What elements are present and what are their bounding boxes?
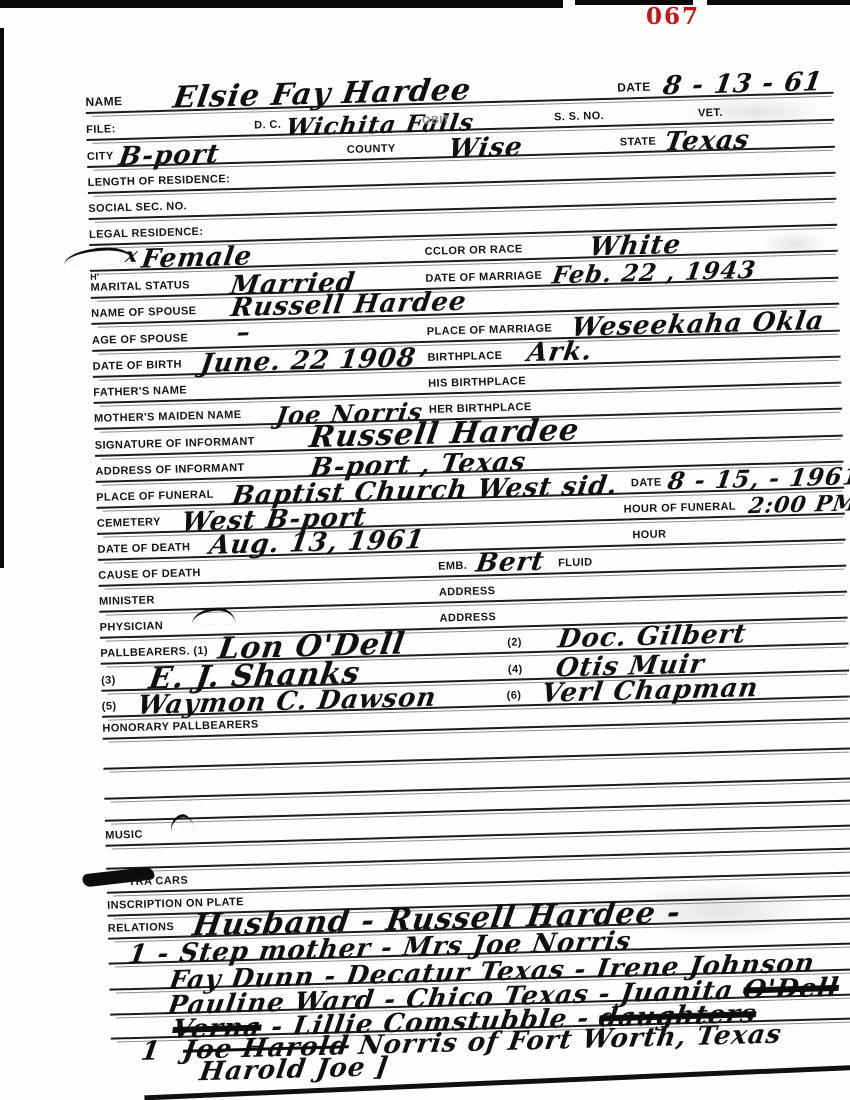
mother-label: MOTHER'S MAIDEN NAME bbox=[94, 409, 242, 425]
pallbearer-4-number: (4) bbox=[508, 663, 523, 675]
informant-sig-label: SIGNATURE OF INFORMANT bbox=[95, 436, 255, 452]
birth-label: DATE OF BIRTH bbox=[92, 358, 182, 372]
date-label: DATE bbox=[617, 80, 651, 95]
legal-residence-label: LEGAL RESIDENCE: bbox=[89, 226, 204, 241]
spouse-age-value: – bbox=[235, 320, 253, 346]
relations-label: RELATIONS bbox=[108, 921, 175, 935]
scan-edge-top-right bbox=[707, 0, 850, 5]
sex-mark: x bbox=[124, 245, 140, 265]
funeral-date-label: DATE bbox=[631, 477, 662, 490]
emb-label: EMB. bbox=[438, 560, 467, 573]
honorary-label: HONORARY PALLBEARERS bbox=[102, 719, 259, 735]
death-date-label: DATE OF DEATH bbox=[97, 541, 190, 556]
marriage-place-label: PLACE OF MARRIAGE bbox=[427, 322, 553, 337]
state-label: STATE bbox=[620, 136, 657, 149]
obit-label: OBIT bbox=[422, 114, 450, 127]
vet-label: VET. bbox=[698, 107, 723, 120]
marriage-date-label: DATE OF MARRIAGE bbox=[425, 270, 542, 285]
spouse-age-label: AGE OF SPOUSE bbox=[92, 332, 189, 347]
fluid-label: FLUID bbox=[558, 556, 593, 569]
pallbearer-3-number: (3) bbox=[101, 674, 116, 686]
hour-label: HOUR bbox=[632, 528, 666, 541]
length-residence-label: LENGTH OF RESIDENCE: bbox=[87, 173, 230, 189]
physician-address-label: ADDRESS bbox=[439, 611, 496, 625]
ink-swoosh bbox=[191, 607, 235, 625]
name-label: NAME bbox=[85, 94, 122, 109]
pallbearer-2-number: (2) bbox=[507, 636, 522, 648]
race-label: CCLOR OR RACE bbox=[424, 243, 522, 258]
his-birthplace-label: HIS BIRTHPLACE bbox=[428, 375, 526, 390]
marital-label: MARITAL STATUS bbox=[90, 279, 190, 294]
page-number-stamp: 067 bbox=[646, 3, 700, 30]
pallbearers-label: PALLBEARERS. (1) bbox=[100, 645, 208, 660]
father-label: FATHER'S NAME bbox=[93, 384, 187, 399]
ssno-label: S. S. NO. bbox=[554, 110, 604, 123]
cemetery-label: CEMETERY bbox=[97, 516, 161, 530]
birthplace-label: BIRTHPLACE bbox=[427, 350, 502, 364]
funeral-place-label: PLACE OF FUNERAL bbox=[96, 489, 214, 504]
physician-label: PHYSICIAN bbox=[100, 620, 164, 634]
informant-addr-label: ADDRESS OF INFORMANT bbox=[95, 462, 244, 478]
file-label: FILE: bbox=[86, 123, 116, 136]
scan-edge-top-left bbox=[0, 0, 563, 8]
record-card: NAME Elsie Fay Hardee DATE 8 - 13 - 61 F… bbox=[85, 65, 850, 1100]
cause-label: CAUSE OF DEATH bbox=[98, 567, 201, 582]
minister-label: MINISTER bbox=[99, 594, 155, 608]
social-sec-label: SOCIAL SEC. NO. bbox=[88, 200, 187, 215]
county-label: COUNTY bbox=[347, 143, 396, 156]
city-label: CITY bbox=[87, 150, 114, 163]
music-label: MUSIC bbox=[105, 829, 143, 842]
spouse-label: NAME OF SPOUSE bbox=[91, 305, 197, 320]
relation-entry: Harold Joe ] bbox=[198, 1054, 391, 1085]
dc-label: D. C. bbox=[254, 119, 281, 132]
h-mark: H' bbox=[90, 272, 99, 282]
funeral-hour-label: HOUR OF FUNERAL bbox=[624, 501, 737, 516]
minister-address-label: ADDRESS bbox=[439, 585, 496, 599]
scan-edge-left bbox=[0, 28, 4, 568]
scanned-funeral-record: 067 NAME Elsie Fay Hardee DATE 8 - 13 - … bbox=[0, 0, 850, 1100]
